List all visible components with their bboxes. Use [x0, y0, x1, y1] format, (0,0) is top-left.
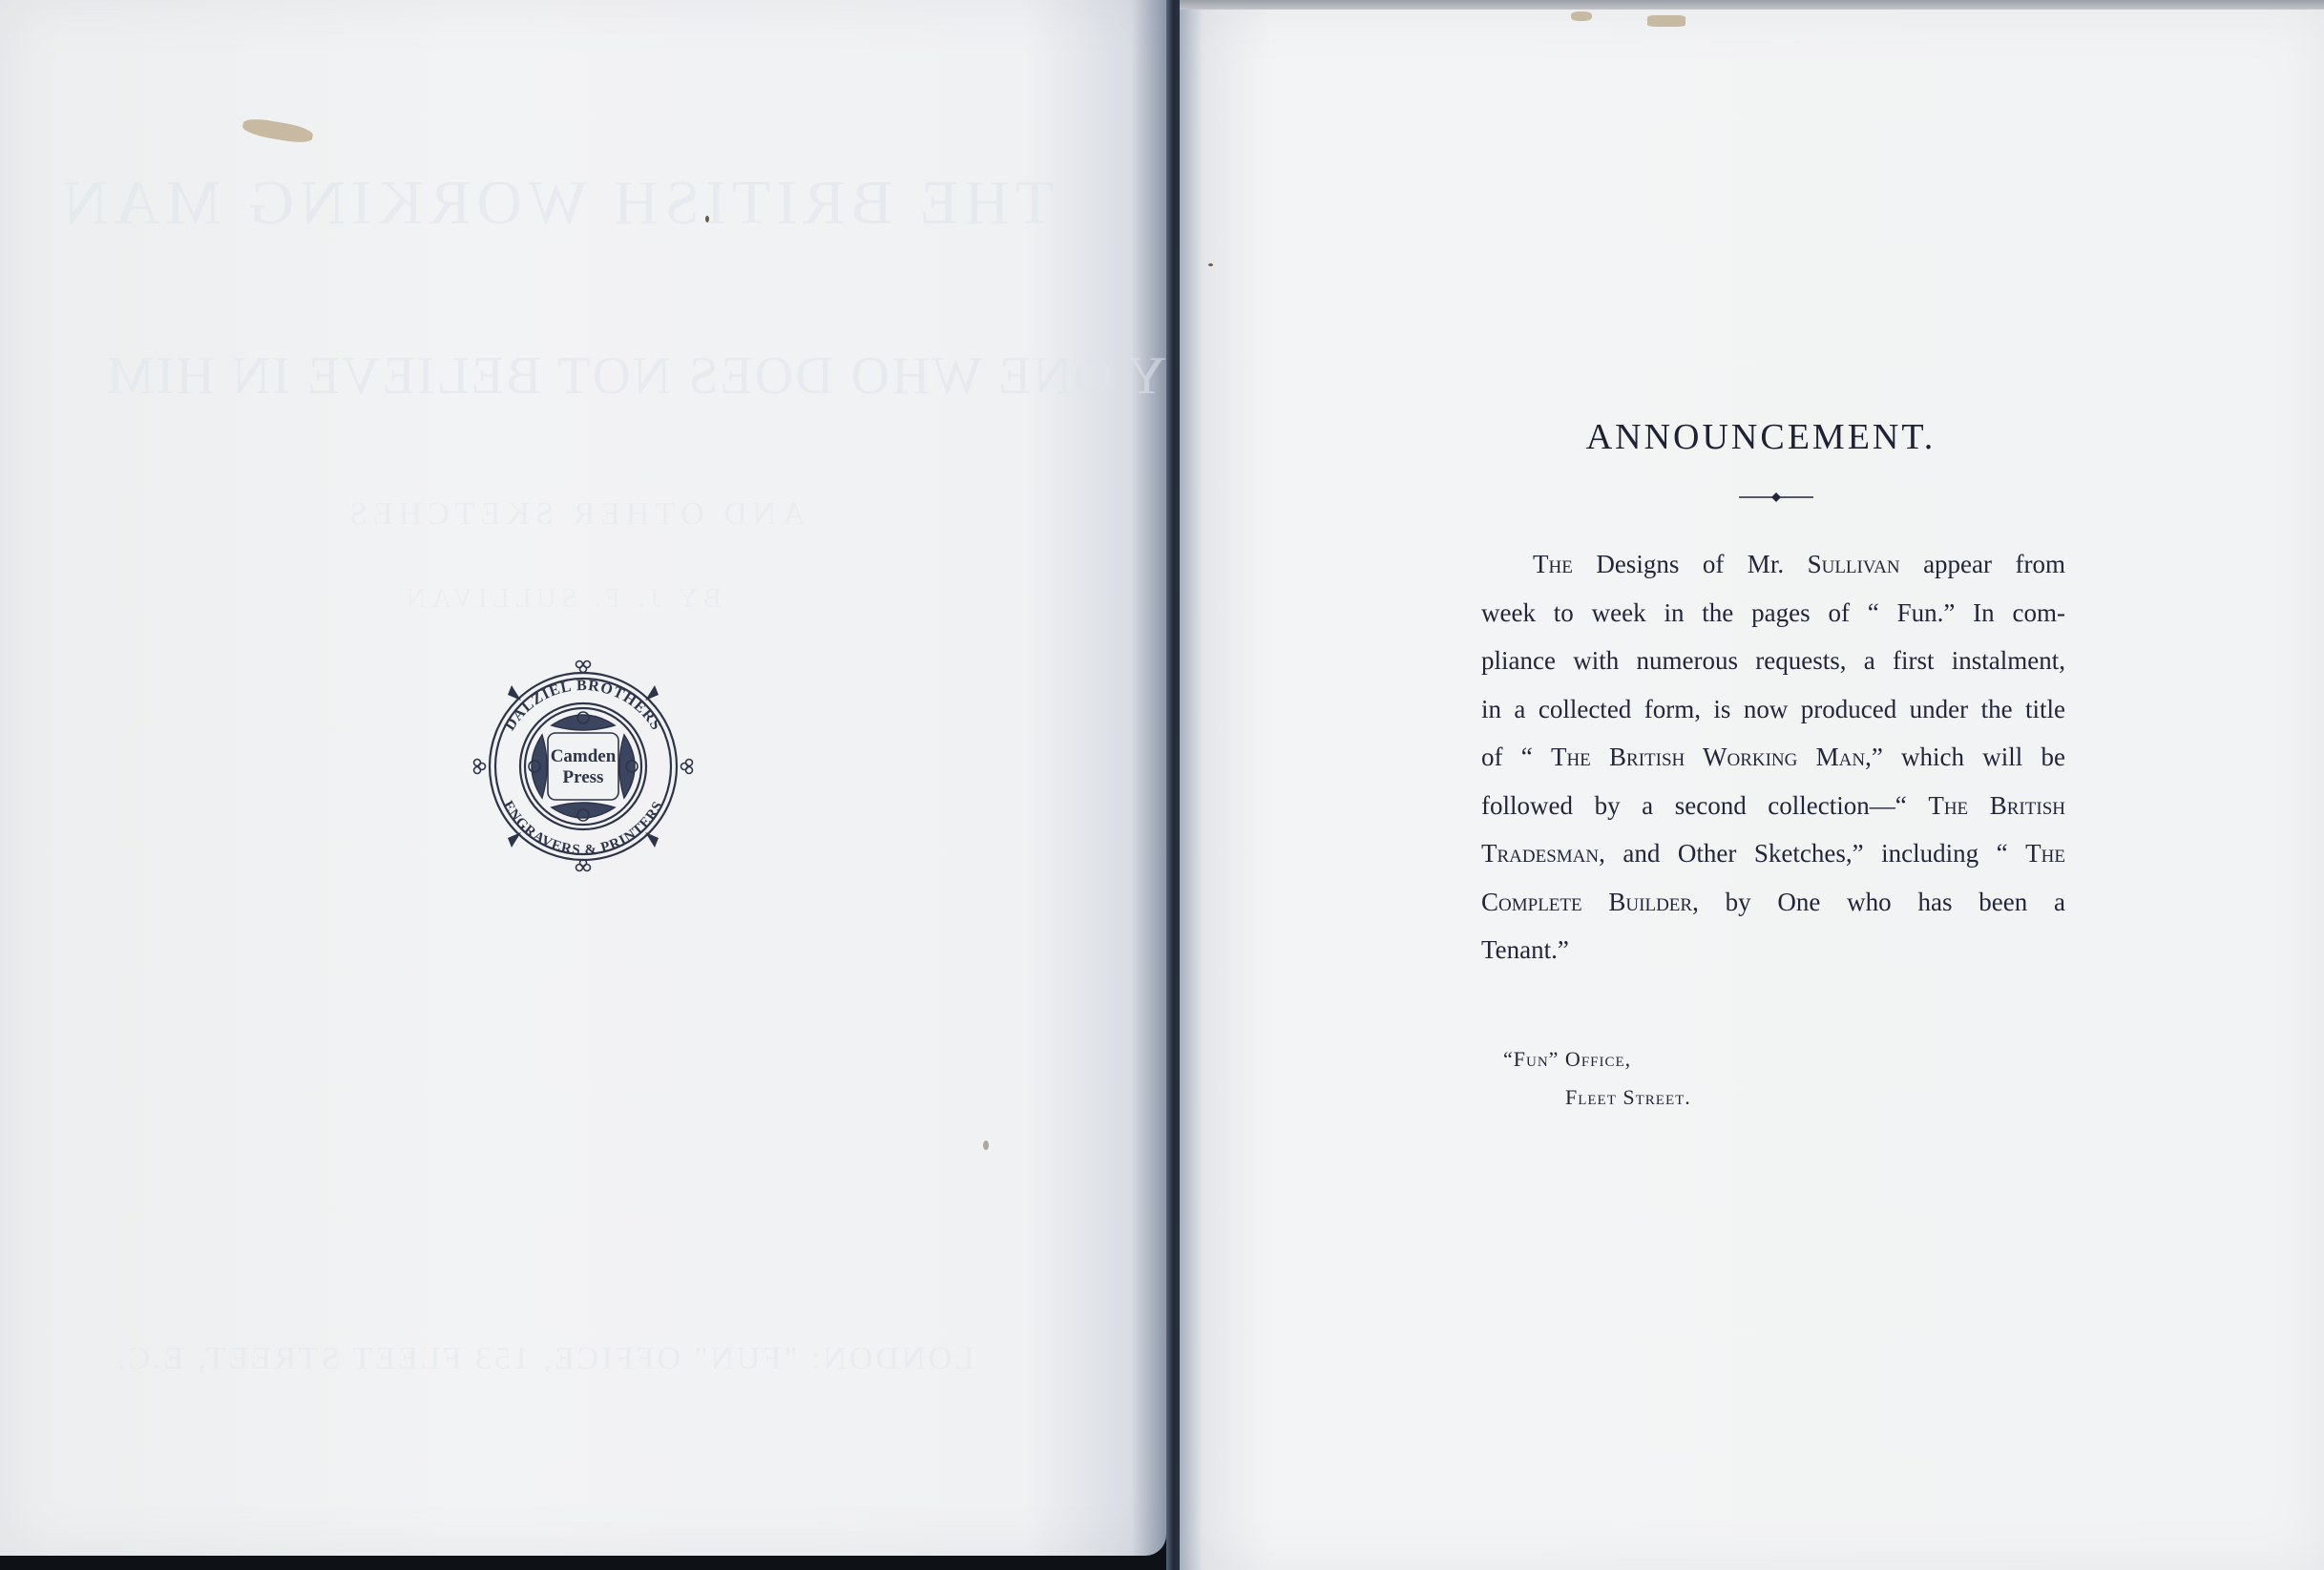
bleed-through-imprint: LONDON: "FUN" OFFICE, 153 FLEET STREET, …: [115, 1341, 974, 1377]
paragraph-line: Tradesman, and Other Sketches,” includin…: [1481, 829, 2065, 878]
paper-stain: [241, 116, 314, 146]
paper-stain: [1647, 15, 1685, 27]
svg-text:Camden: Camden: [551, 746, 617, 766]
left-page: THE BRITISH WORKING MAN BY ONE WHO DOES …: [0, 0, 1166, 1556]
bleed-through-title: THE BRITISH WORKING MAN: [57, 167, 1054, 240]
svg-text:Press: Press: [563, 767, 604, 787]
paragraph-line: in a collected form, is now produced und…: [1481, 685, 2065, 734]
paragraph-line: pliance with numerous requests, a first …: [1481, 637, 2065, 685]
paragraph-line: Tenant.”: [1481, 926, 2065, 974]
bleed-through-line3: AND OTHER SKETCHES: [344, 496, 806, 533]
bleed-through-subtitle: BY ONE WHO DOES NOT BELIEVE IN HIM: [105, 345, 1204, 407]
bleed-through-line4: BY J. F. SULLIVAN: [401, 584, 721, 615]
paper-stain: [1571, 11, 1592, 21]
announcement-paragraph: The Designs of Mr. Sullivan appear fromw…: [1481, 540, 2065, 974]
paragraph-line: week to week in the pages of “ Fun.” In …: [1481, 589, 2065, 638]
dalziel-brothers-logo: Camden Press DALZIEL BROTHERS ENGRAVERS …: [466, 659, 701, 878]
paper-speck: [983, 1141, 989, 1150]
paper-speck: [705, 216, 709, 222]
paragraph-line: The Designs of Mr. Sullivan appear from: [1481, 540, 2065, 589]
signature-fun-office: “Fun” Office,: [1503, 1047, 1631, 1072]
paper-speck: [1208, 263, 1213, 266]
signature-fleet-street: Fleet Street.: [1565, 1085, 1691, 1110]
diamond-rule-ornament: [1739, 491, 1813, 504]
paragraph-line: followed by a second collection—“ The Br…: [1481, 782, 2065, 830]
announcement-heading: ANNOUNCEMENT.: [1527, 416, 1995, 458]
paragraph-line: of “ The British Working Man,” which wil…: [1481, 733, 2065, 782]
paragraph-line: Complete Builder, by One who has been a: [1481, 878, 2065, 927]
